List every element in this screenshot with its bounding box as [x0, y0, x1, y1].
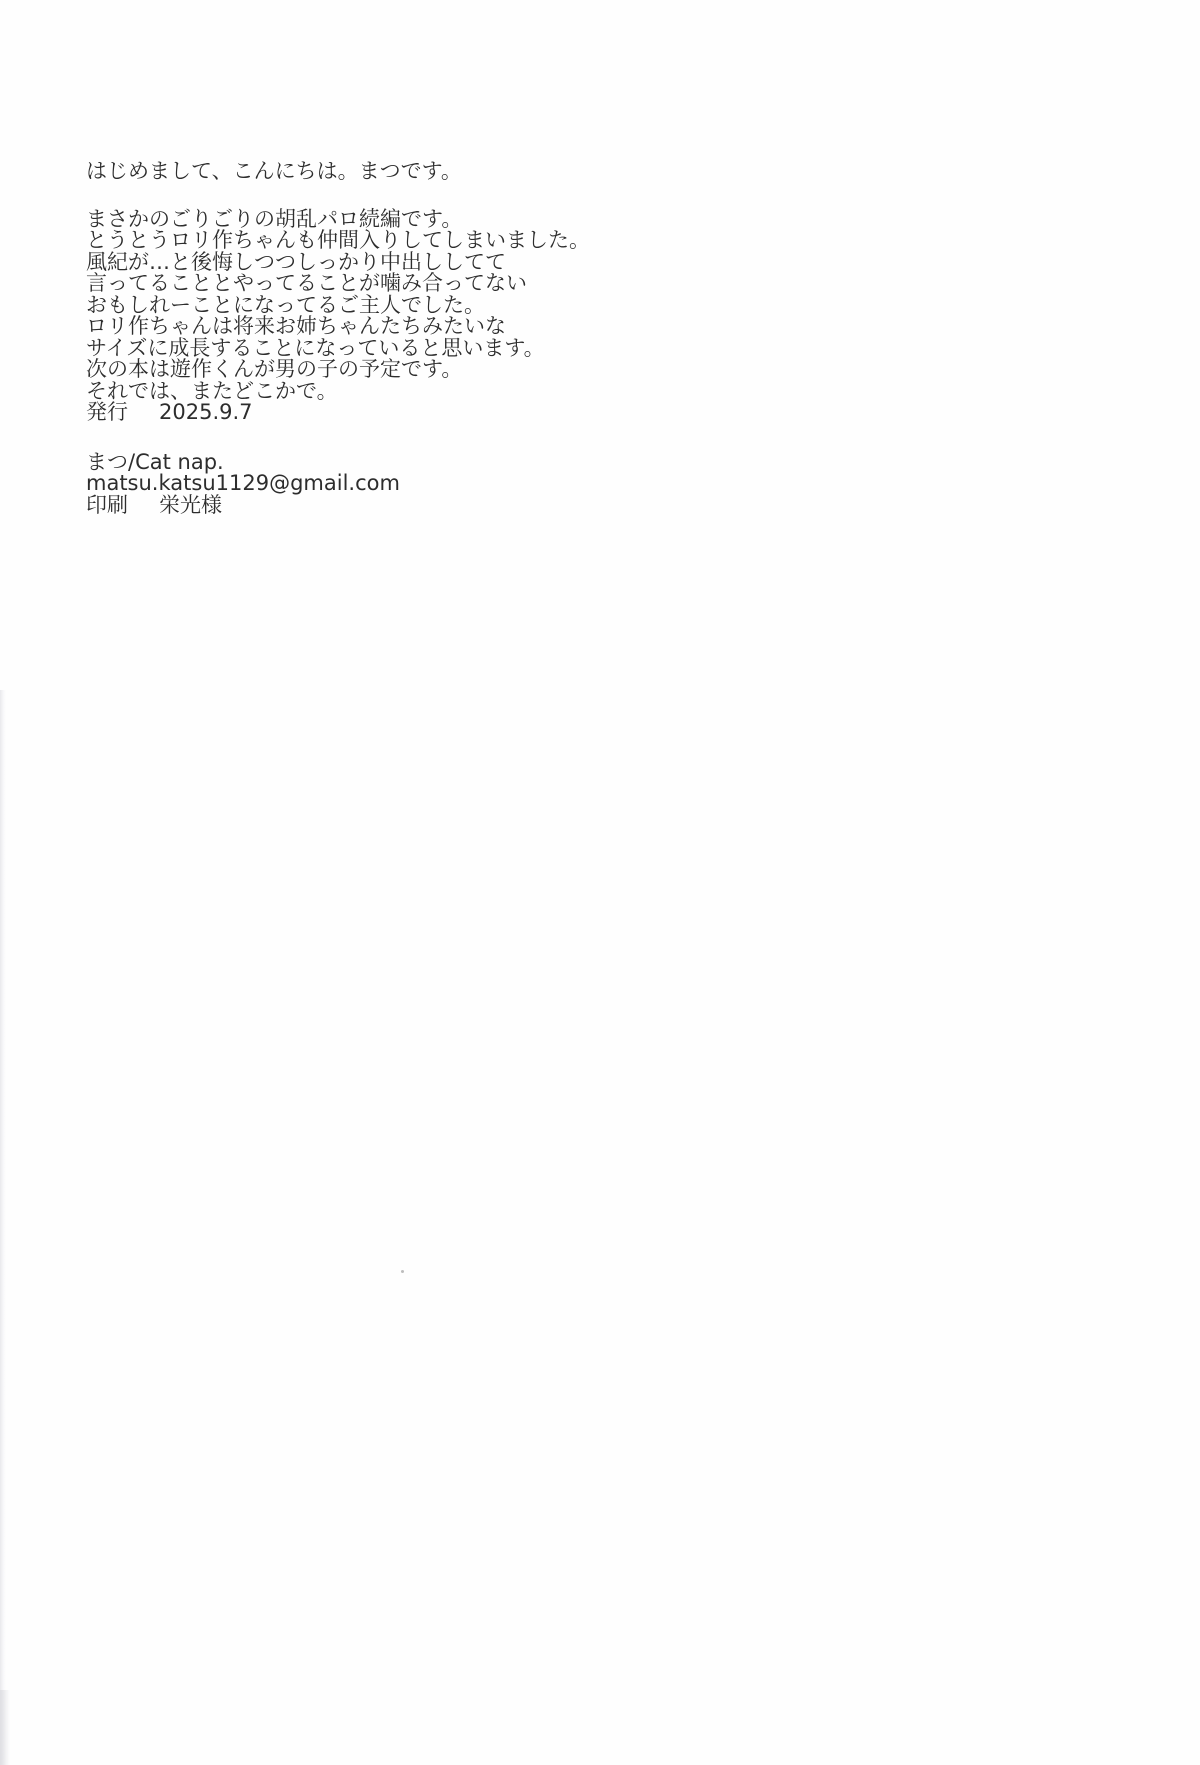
scan-speck [401, 1270, 404, 1273]
greeting-line: はじめまして、こんにちは。まつです。 [86, 161, 786, 183]
afterword-text-block: はじめまして、こんにちは。まつです。 まさかのごりごりの胡乱パロ続編です。 とう… [86, 161, 786, 516]
printer-name: 栄光様 [159, 493, 222, 517]
afterword-page: はじめまして、こんにちは。まつです。 まさかのごりごりの胡乱パロ続編です。 とう… [0, 0, 1200, 1765]
scan-corner-shadow [0, 1690, 10, 1765]
printing-label: 印刷 [86, 493, 128, 517]
body-line: ロリ作ちゃんは将来お姉ちゃんたちみたいな [86, 316, 786, 338]
body-line: 言ってることとやってることが噛み合ってない [86, 273, 786, 295]
body-line: 風紀が…と後悔しつつしっかり中出ししてて [86, 252, 786, 274]
publication-label: 発行 [86, 400, 128, 424]
body-line: サイズに成長することになっていると思います。 [86, 338, 786, 360]
circle-name: まつ/Cat nap. [86, 452, 786, 474]
contact-block: まつ/Cat nap. matsu.katsu1129@gmail.com [86, 452, 786, 495]
body-line: とうとうロリ作ちゃんも仲間入りしてしまいました。 [86, 230, 786, 252]
printing-row: 印刷栄光様 [86, 495, 786, 517]
publication-row: 発行2025.9.7 [86, 402, 786, 424]
body-line: まさかのごりごりの胡乱パロ続編です。 [86, 209, 786, 231]
body-line: おもしれーことになってるご主人でした。 [86, 295, 786, 317]
next-book-line: 次の本は遊作くんが男の子の予定です。 [86, 359, 786, 381]
scan-edge-shadow [0, 690, 6, 1765]
publication-date: 2025.9.7 [159, 400, 253, 424]
farewell-line: それでは、またどこかで。 [86, 381, 786, 403]
body-paragraph: まさかのごりごりの胡乱パロ続編です。 とうとうロリ作ちゃんも仲間入りしてしまいま… [86, 209, 786, 360]
contact-email: matsu.katsu1129@gmail.com [86, 473, 786, 495]
